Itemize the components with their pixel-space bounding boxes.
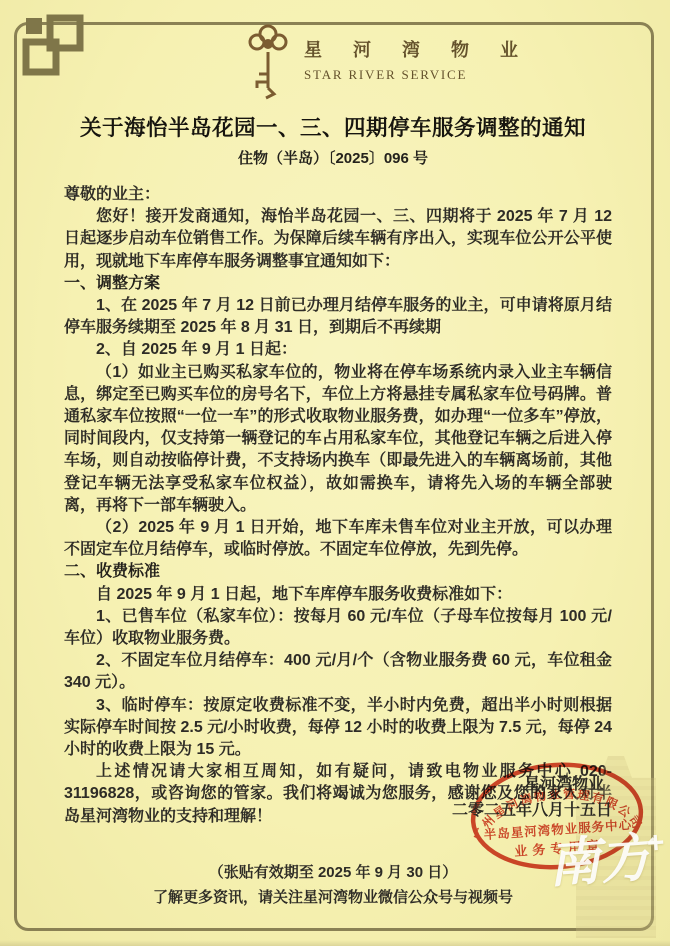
section1-item1: 1、在 2025 年 7 月 12 日前已办理月结停车服务的业主，可申请将原月结… <box>64 295 612 339</box>
press-logo-plus: + <box>646 826 666 860</box>
brand-header: 星 河 湾 物 业 STAR RIVER SERVICE <box>246 22 531 100</box>
notice-title: 关于海怡半岛花园一、三、四期停车服务调整的通知 <box>0 111 666 142</box>
press-logo-name: 南方 <box>546 829 654 894</box>
signature-date: 二零二五年八月十五日 <box>452 797 612 820</box>
corner-knot-ornament <box>8 8 104 104</box>
document-number: 住物（半岛）〔2025〕096 号 <box>0 147 666 168</box>
section1-item2-sub2: （2）2025 年 9 月 1 日开始，地下车库未售车位对业主开放，可以办理不固… <box>64 517 612 561</box>
section2-intro: 自 2025 年 9 月 1 日起，地下车库停车服务收费标准如下： <box>64 584 612 606</box>
section2-item1: 1、已售车位（私家车位）：按每月 60 元/车位（子母车位按每月 100 元/车… <box>64 606 612 650</box>
salutation: 尊敬的业主： <box>64 184 612 206</box>
section2-item2: 2、不固定车位月结停车：400 元/月/个（含物业服务费 60 元，车位租金 3… <box>64 650 612 694</box>
brand-name-en: STAR RIVER SERVICE <box>304 67 531 83</box>
photo-bottom-shadow <box>0 940 670 946</box>
section1-item2: 2、自 2025 年 9 月 1 日起： <box>64 339 612 361</box>
notice-body: 尊敬的业主： 您好！接开发商通知，海怡半岛花园一、三、四期将于 2025 年 7… <box>64 184 612 828</box>
section2-item3: 3、临时停车：按原定收费标准不变，半小时内免费，超出半小时则根据实际停车时间按 … <box>64 695 612 762</box>
section1-heading: 一、调整方案 <box>64 273 612 295</box>
press-logo-watermark: 南方+ <box>546 828 667 891</box>
document-page: 星 河 湾 物 业 STAR RIVER SERVICE 关于海怡半岛花园一、三… <box>0 0 670 946</box>
section2-heading: 二、收费标准 <box>64 561 612 583</box>
ornate-key-icon <box>246 22 290 100</box>
brand-text: 星 河 湾 物 业 STAR RIVER SERVICE <box>304 22 531 83</box>
intro-paragraph: 您好！接开发商通知，海怡半岛花园一、三、四期将于 2025 年 7 月 12 日… <box>64 206 612 273</box>
section1-item2-sub1: （1）如业主已购买私家车位的，物业将在停车场系统内录入业主车辆信息，绑定至已购买… <box>64 362 612 517</box>
brand-name-cn: 星 河 湾 物 业 <box>304 36 531 62</box>
signature-name: 星河湾物业 <box>524 771 604 794</box>
